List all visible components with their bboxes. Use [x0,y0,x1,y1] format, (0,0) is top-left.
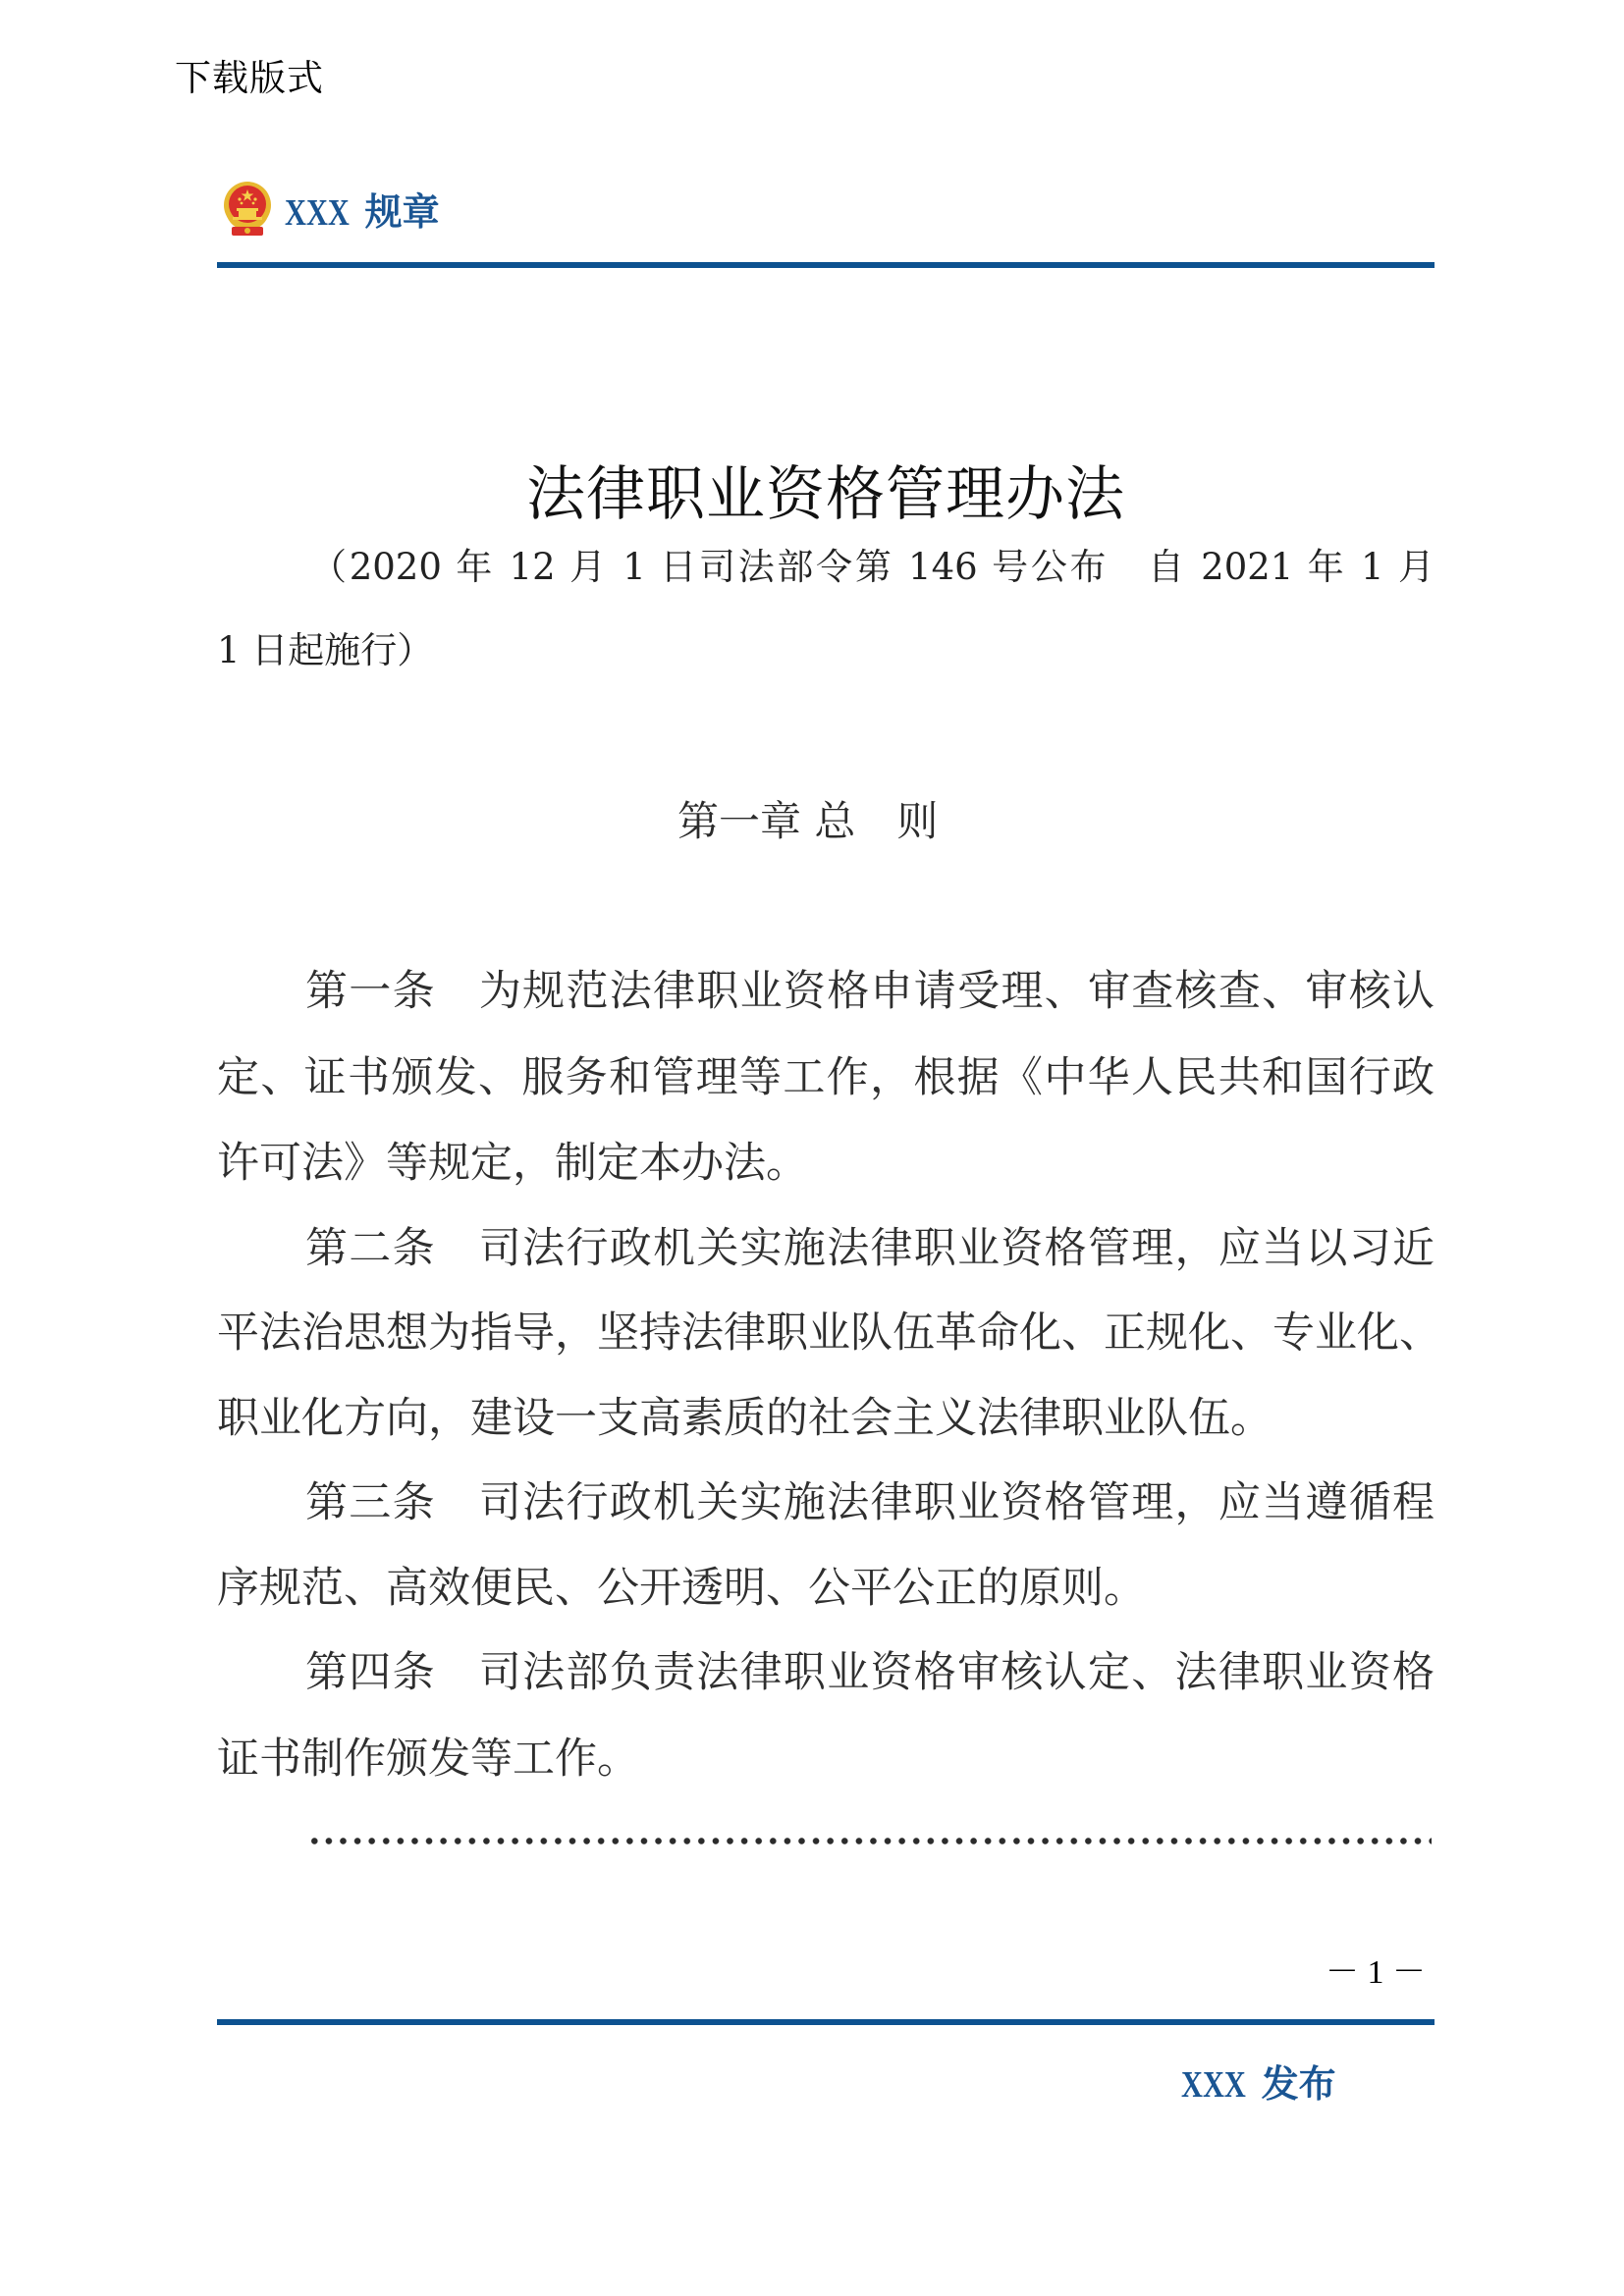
article-4-line-2: 证书制作颁发等工作。 [217,1730,1435,1789]
chapter-heading: 第一章 总 则 [677,797,938,846]
download-format-label[interactable]: 下载版式 [175,57,324,100]
article-label: 第二条 [305,1224,436,1273]
article-label: 第四条 [305,1648,436,1697]
article-2-line-2: 平法治思想为指导，坚持法律职业队伍革命化、正规化、专业化、 [217,1304,1435,1362]
publisher-suffix: 发布 [1262,2061,1336,2106]
document-subtitle-line-1: （2020 年 12 月 1 日司法部令第 146 号公布 自 2021 年 1… [310,545,1435,590]
document-header: XXX 规章 [222,177,440,240]
footer-divider [217,2019,1435,2025]
article-2-line-3: 职业化方向，建设一支高素质的社会主义法律职业队伍。 [217,1389,1435,1448]
national-emblem-icon [222,178,273,239]
article-1-line-2: 定、证书颁发、服务和管理等工作，根据《中华人民共和国行政 [217,1048,1435,1107]
article-text: 为规范法律职业资格申请受理、审查核查、审核认 [479,967,1435,1016]
article-text: 司法部负责法律职业资格审核认定、法律职业资格 [479,1648,1435,1697]
header-org-suffix: 规章 [365,189,440,234]
article-3-line-1: 第三条司法行政机关实施法律职业资格管理，应当遵循程 [305,1473,1435,1532]
header-divider [217,262,1435,268]
article-text: 司法行政机关实施法律职业资格管理，应当遵循程 [479,1478,1435,1527]
ellipsis-dotted-line [307,1838,1432,1844]
article-3-line-2: 序规范、高效便民、公开透明、公平公正的原则。 [217,1559,1435,1618]
article-label: 第三条 [305,1478,436,1527]
article-1-line-3: 许可法》等规定，制定本办法。 [217,1134,1435,1193]
article-4-line-1: 第四条司法部负责法律职业资格审核认定、法律职业资格 [305,1643,1435,1702]
article-2-line-1: 第二条司法行政机关实施法律职业资格管理，应当以习近 [305,1219,1435,1278]
article-label: 第一条 [305,967,436,1016]
article-1-line-1: 第一条为规范法律职业资格申请受理、审查核查、审核认 [305,962,1435,1021]
publisher-label: XXX 发布 [1181,2061,1336,2108]
publisher-org-name: XXX [1181,2062,1246,2108]
article-text: 司法行政机关实施法律职业资格管理，应当以习近 [479,1224,1435,1273]
document-subtitle-line-2: 1 日起施行） [217,628,433,673]
document-title: 法律职业资格管理办法 [217,457,1435,532]
header-title: XXX 规章 [285,182,440,236]
page-number: － 1 － [1326,1953,1426,1993]
header-org-name: XXX [285,191,350,235]
